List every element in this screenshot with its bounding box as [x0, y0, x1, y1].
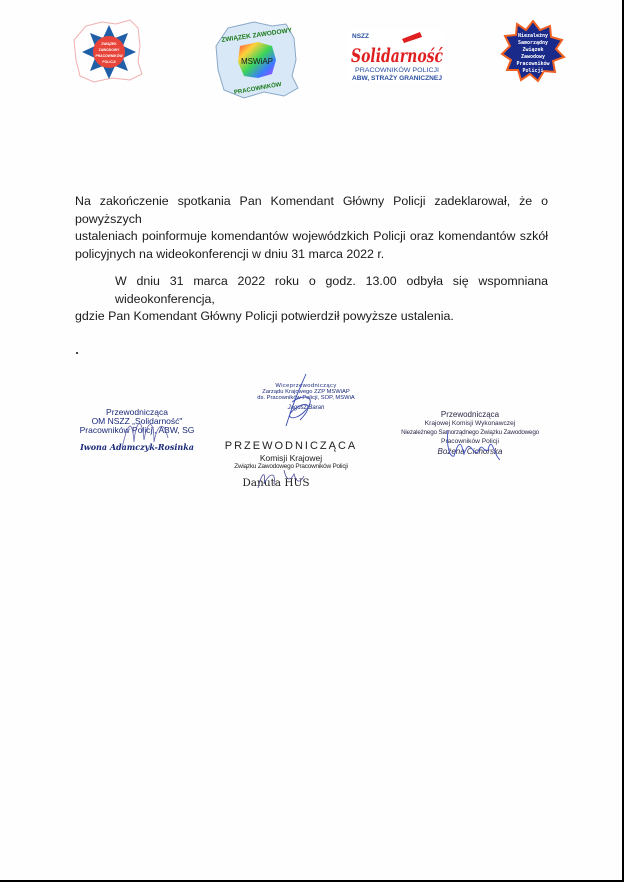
- svg-text:POLICJI: POLICJI: [102, 60, 115, 64]
- svg-text:Związek: Związek: [522, 47, 543, 53]
- signature-center-org: Komisji Krajowej: [222, 454, 360, 463]
- signature-center-org: Związku Zawodowego Pracowników Policji: [222, 464, 360, 471]
- signature-left-org: Pracowników Policji, ABW, SG: [72, 426, 202, 435]
- svg-text:ABW, STRAŻY GRANICZNEJ: ABW, STRAŻY GRANICZNEJ: [352, 75, 442, 82]
- signature-center-name: Danuta HUS: [192, 478, 360, 489]
- paragraph-1-line: Na zakończenie spotkania Pan Komendant G…: [75, 193, 548, 228]
- signature-right-org: Krajowej Komisji Wykonawczej: [385, 421, 555, 428]
- nszzpp-logo: Niezależny Samorządny Związek Zawodowy P…: [500, 20, 566, 84]
- svg-text:Samorządny: Samorządny: [518, 40, 548, 46]
- svg-text:PRACOWNIKÓW POLICJI: PRACOWNIKÓW POLICJI: [355, 67, 439, 74]
- svg-text:ZWIĄZEK: ZWIĄZEK: [101, 42, 117, 46]
- signature-center-top-name: Jagusz Baran: [236, 405, 376, 411]
- svg-text:Pracowników: Pracowników: [516, 60, 550, 67]
- signature-center-top-org: ds. Pracowników Policji, SOP, MSWiA: [236, 395, 376, 401]
- paragraph-1-line: policyjnych na wideokonferencji w dniu 3…: [75, 246, 548, 264]
- svg-text:Niezależny: Niezależny: [518, 33, 548, 39]
- signature-left-name: Iwona Adamczyk-Rosinka: [72, 443, 202, 451]
- document-page: ZWIĄZEK ZAWODOWY PRACOWNIKÓW POLICJI MSW…: [0, 0, 624, 882]
- signature-right-name: Bożena Cichorska: [385, 448, 555, 456]
- stray-dot: [76, 352, 78, 354]
- zzp-mswiap-logo: MSWiAP ZWIĄZEK ZAWODOWY PRACOWNIKÓW: [214, 20, 300, 100]
- signature-center-top: Wiceprzewodniczący Zarządu Krajowego ZZP…: [236, 383, 376, 412]
- signature-right: Przewodnicząca Krajowej Komisji Wykonawc…: [385, 411, 555, 456]
- signature-right-title: Przewodnicząca: [385, 411, 555, 419]
- paragraph-1: Na zakończenie spotkania Pan Komendant G…: [75, 193, 548, 263]
- signature-left: Przewodnicząca OM NSZZ „Solidarność" Pra…: [72, 408, 202, 451]
- paragraph-2-line: W dniu 31 marca 2022 roku o godz. 13.00 …: [75, 273, 548, 308]
- signature-center-title: PRZEWODNICZĄCA: [222, 441, 360, 453]
- signature-right-org: Niezależnego Samorządnego Związku Zawodo…: [385, 430, 555, 437]
- svg-text:Policji: Policji: [522, 67, 543, 74]
- solidarnosc-logo: NSZZ Solidarność PRACOWNIKÓW POLICJI ABW…: [348, 29, 446, 83]
- zzpp-logo: ZWIĄZEK ZAWODOWY PRACOWNIKÓW POLICJI: [72, 18, 144, 84]
- paragraph-2: W dniu 31 marca 2022 roku o godz. 13.00 …: [75, 273, 548, 326]
- svg-text:Zawodowy: Zawodowy: [521, 54, 545, 60]
- signature-right-org: Pracowników Policji: [385, 439, 555, 446]
- paragraph-2-line: gdzie Pan Komendant Główny Policji potwi…: [75, 308, 548, 326]
- svg-text:PRACOWNIKÓW: PRACOWNIKÓW: [95, 53, 123, 58]
- paragraph-1-line: ustaleniach poinformuje komendantów woje…: [75, 228, 548, 246]
- signature-center: PRZEWODNICZĄCA Komisji Krajowej Związku …: [222, 441, 360, 489]
- svg-text:NSZZ: NSZZ: [352, 33, 369, 40]
- svg-text:ZAWODOWY: ZAWODOWY: [99, 48, 120, 52]
- svg-text:MSWiAP: MSWiAP: [241, 57, 273, 66]
- svg-text:Solidarność: Solidarność: [351, 45, 443, 67]
